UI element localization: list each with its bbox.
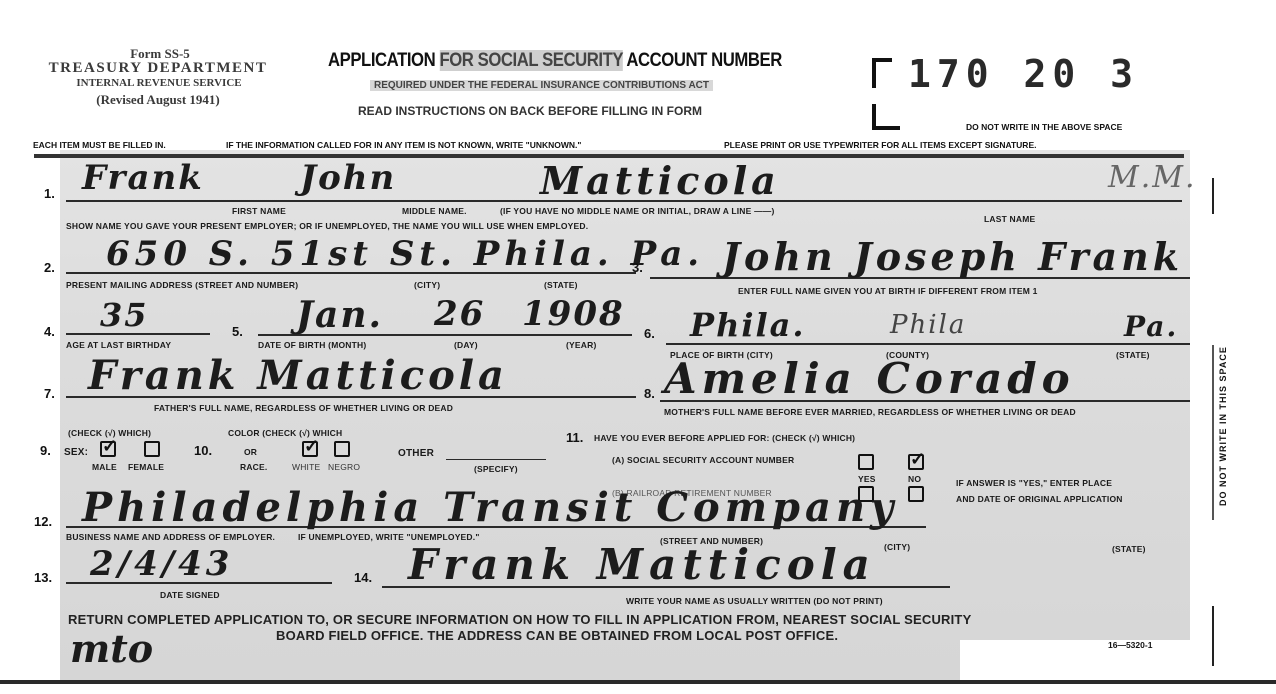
item9-number: 9. (40, 443, 51, 458)
item11-b-no-checkbox[interactable] (908, 486, 924, 502)
item1-last-name[interactable]: Matticola (540, 158, 780, 203)
item1-middle-label: MIDDLE NAME. (402, 206, 467, 216)
item2-address[interactable]: 650 S. 51st St. Phila. Pa. (106, 234, 704, 274)
item10-other-label: OTHER (398, 448, 434, 459)
general-instructions-2: IF THE INFORMATION CALLED FOR IN ANY ITE… (226, 140, 581, 150)
service: INTERNAL REVENUE SERVICE (46, 77, 272, 89)
item1-middle-name[interactable]: John (300, 158, 396, 198)
item12-city-label: (CITY) (884, 542, 910, 552)
item1-first-label: FIRST NAME (232, 206, 286, 216)
item4-label: AGE AT LAST BIRTHDAY (66, 340, 171, 350)
item2-state-label: (STATE) (544, 280, 578, 290)
form-subtitle: REQUIRED UNDER THE FEDERAL INSURANCE CON… (370, 80, 713, 91)
item5-day-label: (DAY) (454, 340, 478, 350)
item2-street-label: PRESENT MAILING ADDRESS (STREET AND NUMB… (66, 280, 298, 290)
form-instructions: READ INSTRUCTIONS ON BACK BEFORE FILLING… (358, 104, 702, 118)
item11-if-yes-note-1: IF ANSWER IS "YES," ENTER PLACE (956, 478, 1112, 488)
item4-age[interactable]: 35 (100, 296, 149, 334)
bottom-scan-edge (0, 680, 1276, 684)
item1-note: SHOW NAME YOU GAVE YOUR PRESENT EMPLOYER… (66, 221, 588, 231)
item1-first-name[interactable]: Frank (82, 158, 204, 198)
item11-if-yes-note-2: AND DATE OF ORIGINAL APPLICATION (956, 494, 1123, 504)
item12-number: 12. (34, 514, 52, 529)
item9-male-check-icon: ✓ (102, 437, 117, 455)
item5-month[interactable]: Jan. (296, 294, 383, 336)
item3-label: ENTER FULL NAME GIVEN YOU AT BIRTH IF DI… (738, 286, 1038, 296)
item10-race-label: RACE. (240, 462, 267, 472)
left-margin (0, 150, 60, 694)
item10-white-check-icon: ✓ (304, 437, 319, 455)
item11-no-label: NO (908, 474, 921, 484)
item11-a-label: (A) SOCIAL SECURITY ACCOUNT NUMBER (612, 455, 794, 465)
department: TREASURY DEPARTMENT (30, 60, 286, 77)
item12-state-label: (STATE) (1112, 544, 1146, 554)
item9-female-label: FEMALE (128, 462, 164, 472)
margin-tick (1212, 178, 1214, 214)
title-part-1: APPLICATION (328, 50, 435, 71)
margin-annotation: M.M. (1108, 160, 1197, 195)
item2-number: 2. (44, 260, 55, 275)
item12-employer[interactable]: Philadelphia Transit Company (82, 484, 898, 531)
item5-month-label: DATE OF BIRTH (MONTH) (258, 340, 366, 350)
item8-label: MOTHER'S FULL NAME BEFORE EVER MARRIED, … (664, 407, 1076, 417)
clerk-initials: mto (70, 626, 153, 671)
item6-state-label: (STATE) (1116, 350, 1150, 360)
item10-other-line[interactable] (446, 459, 546, 460)
general-instructions-1: EACH ITEM MUST BE FILLED IN. (33, 140, 166, 150)
footer-line-1: RETURN COMPLETED APPLICATION TO, OR SECU… (68, 612, 971, 627)
item10-white-label: WHITE (292, 462, 320, 472)
stamp-corner-tl-v (872, 58, 876, 88)
account-number-stamp: 170 20 3 (908, 52, 1139, 96)
item5-year[interactable]: 1908 (522, 294, 625, 334)
stamp-corner-bl-h (872, 126, 900, 130)
margin-rule-bottom (1212, 606, 1214, 666)
item1-middle-note: (IF YOU HAVE NO MIDDLE NAME OR INITIAL, … (500, 206, 775, 216)
item4-number: 4. (44, 324, 55, 339)
general-instructions-3: PLEASE PRINT OR USE TYPEWRITER FOR ALL I… (724, 140, 1036, 150)
item10-negro-label: NEGRO (328, 462, 360, 472)
item7-label: FATHER'S FULL NAME, REGARDLESS OF WHETHE… (154, 403, 453, 413)
item10-or-label: OR (244, 447, 257, 457)
bottom-margin (0, 684, 1276, 694)
item11-number: 11. (566, 430, 583, 445)
item1-number: 1. (44, 186, 55, 201)
item9-sex-label: SEX: (64, 447, 88, 458)
item13-number: 13. (34, 570, 52, 585)
item6-state[interactable]: Pa. (1124, 310, 1178, 343)
item11-a-no-check-icon: ✓ (910, 450, 925, 468)
item14-number: 14. (354, 570, 372, 585)
margin-do-not-write: DO NOT WRITE IN THIS SPACE (1218, 316, 1228, 506)
right-margin (1190, 150, 1276, 694)
title-part-3: ACCOUNT NUMBER (626, 50, 781, 71)
footer-patch (960, 640, 1190, 680)
form-title: APPLICATION FOR SOCIAL SECURITY ACCOUNT … (328, 50, 782, 72)
item6-city[interactable]: Phila. (690, 306, 806, 344)
item3-number: 3. (632, 260, 643, 275)
item5-number: 5. (232, 324, 243, 339)
form-code: 16—5320-1 (1108, 640, 1152, 650)
item10-number: 10. (194, 443, 212, 458)
item6-number: 6. (644, 326, 655, 341)
item6-county[interactable]: Phila (890, 310, 966, 340)
item9-male-label: MALE (92, 462, 117, 472)
item9-female-checkbox[interactable] (144, 441, 160, 457)
item8-number: 8. (644, 386, 655, 401)
footer-line-2: BOARD FIELD OFFICE. THE ADDRESS CAN BE O… (276, 628, 838, 643)
title-part-2: FOR SOCIAL SECURITY (439, 50, 622, 71)
item11-question: HAVE YOU EVER BEFORE APPLIED FOR: (CHECK… (594, 433, 855, 443)
item12-label: BUSINESS NAME AND ADDRESS OF EMPLOYER. (66, 532, 275, 542)
item11-yes-label: YES (858, 474, 876, 484)
revised-date: (Revised August 1941) (60, 92, 256, 108)
item2-city-label: (CITY) (414, 280, 440, 290)
item13-label: DATE SIGNED (160, 590, 220, 600)
item11-a-yes-checkbox[interactable] (858, 454, 874, 470)
item10-check-label: COLOR (CHECK (√) WHICH (228, 428, 342, 438)
item13-date-signed[interactable]: 2/4/43 (90, 544, 233, 584)
item3-birth-name[interactable]: John Joseph Frank (722, 234, 1183, 279)
item7-father-name[interactable]: Frank Matticola (88, 352, 508, 399)
item10-specify-label: (SPECIFY) (474, 464, 518, 474)
item10-negro-checkbox[interactable] (334, 441, 350, 457)
margin-rule (1212, 345, 1214, 520)
item8-mother-name[interactable]: Amelia Corado (664, 354, 1075, 403)
do-not-write-note: DO NOT WRITE IN THE ABOVE SPACE (966, 122, 1122, 132)
item5-day[interactable]: 26 (434, 294, 485, 334)
item14-label: WRITE YOUR NAME AS USUALLY WRITTEN (DO N… (626, 596, 883, 606)
item7-number: 7. (44, 386, 55, 401)
item5-year-label: (YEAR) (566, 340, 596, 350)
item1-last-label: LAST NAME (984, 214, 1035, 224)
item14-signature[interactable]: Frank Matticola (408, 540, 876, 589)
